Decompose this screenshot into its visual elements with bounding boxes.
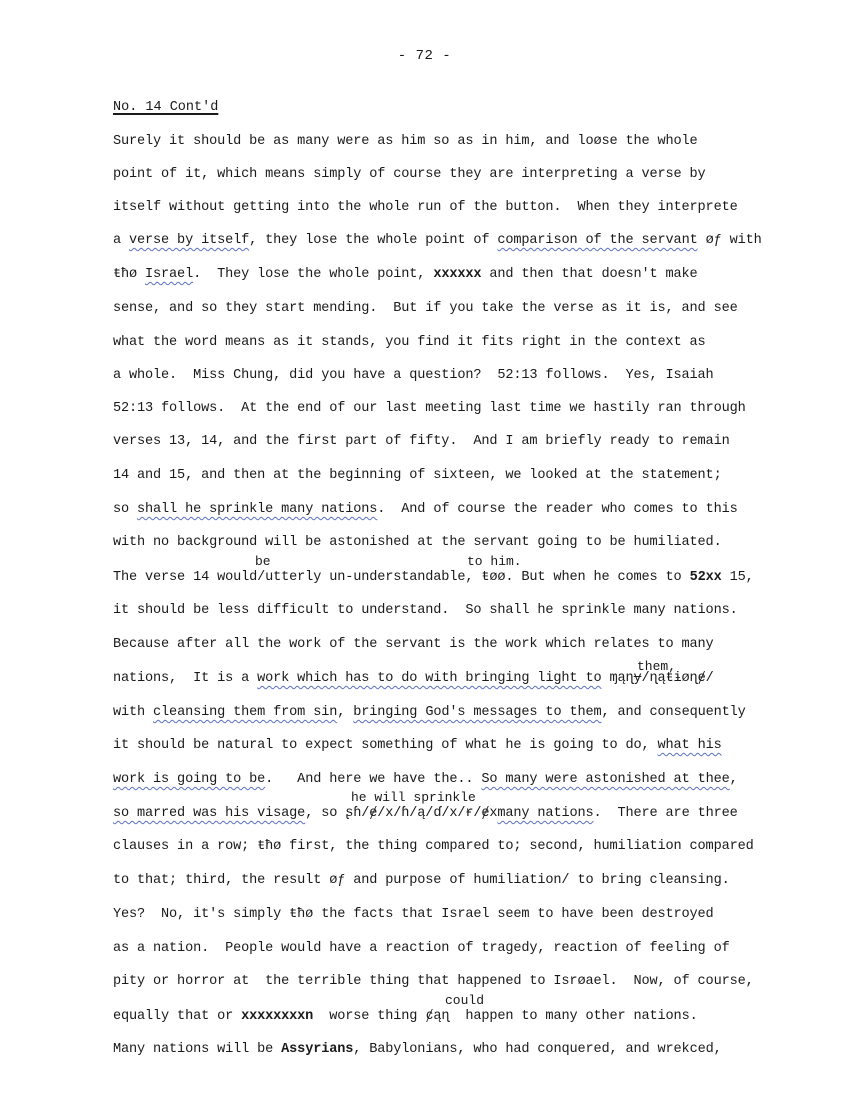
text-line: a verse by itself, they lose the whole p… xyxy=(113,232,762,250)
interlinear-insertion: could xyxy=(445,994,484,1008)
text-segment: so xyxy=(113,502,137,517)
text-segment: it should be natural to expect something… xyxy=(113,738,658,753)
text-segment: equally that or xyxy=(113,1009,241,1024)
text-segment: a xyxy=(113,233,129,248)
text-segment: , xyxy=(337,705,353,720)
text-segment: and then that doesn't make xyxy=(481,267,697,282)
text-segment: . They lose the whole point, xyxy=(193,267,433,282)
text-line: it should be less difficult to understan… xyxy=(113,602,738,620)
underlined-phrase: So many were astonished at thee xyxy=(481,772,729,787)
interlinear-insertion: to him. xyxy=(467,555,522,569)
text-line: Surely it should be as many were as him … xyxy=(113,133,698,151)
text-segment: , they lose the whole point of xyxy=(249,233,497,248)
text-line: with cleansing them from sin, bringing G… xyxy=(113,704,746,722)
text-segment: Many nations will be xyxy=(113,1042,281,1057)
underlined-phrase: comparison of the servant xyxy=(497,233,697,248)
interlinear-insertion: be xyxy=(255,555,271,569)
text-segment: happen to many other nations. xyxy=(449,1009,697,1024)
text-line: pity or horror at the terrible thing tha… xyxy=(113,973,754,991)
text-segment: , and consequently xyxy=(602,705,746,720)
text-line: clauses in a row; ŧħø first, the thing c… xyxy=(113,838,754,856)
text-segment: ŧħø xyxy=(113,267,145,282)
text-line: 14 and 15, and then at the beginning of … xyxy=(113,467,722,485)
underlined-phrase: what his xyxy=(658,738,722,753)
text-segment: , so xyxy=(305,806,345,821)
underlined-phrase: verse by itself xyxy=(129,233,249,248)
text-line: to that; third, the result øƒ and purpos… xyxy=(113,872,730,890)
text-line: ŧħø Israel. They lose the whole point, x… xyxy=(113,266,698,284)
text-line: what the word means as it stands, you fi… xyxy=(113,334,706,352)
text-segment: . And here we have the.. xyxy=(265,772,481,787)
interlinear-insertion: them, xyxy=(637,660,676,674)
text-segment: . And of course the reader who comes to … xyxy=(377,502,737,517)
text-line: with no background will be astonished at… xyxy=(113,534,722,552)
text-line: it should be natural to expect something… xyxy=(113,737,722,755)
interlinear-insertion: he will sprinkle xyxy=(351,791,476,805)
text-line: a whole. Miss Chung, did you have a ques… xyxy=(113,367,714,385)
underlined-phrase: many nations xyxy=(497,806,593,821)
text-line: as a nation. People would have a reactio… xyxy=(113,940,730,958)
text-segment: , Babylonians, who had conquered, and wr… xyxy=(353,1042,721,1057)
text-line: so marred was his visage, so ʂɦ/ɇ/x/ɦ/ą/… xyxy=(113,805,738,823)
text-line: verses 13, 14, and the first part of fif… xyxy=(113,433,730,451)
text-line: Because after all the work of the servan… xyxy=(113,636,714,654)
text-segment: . But when he comes to xyxy=(505,570,689,585)
text-segment: ŧøø xyxy=(481,570,505,585)
text-line: point of it, which means simply of cours… xyxy=(113,166,706,184)
underlined-phrase: cleansing them from sin xyxy=(153,705,337,720)
text-segment: xxxxxxxxn xyxy=(241,1009,313,1024)
page-number: - 72 - xyxy=(0,48,849,64)
text-segment: nations, It is a xyxy=(113,671,257,686)
text-segment: The verse 14 would/utterly un-understand… xyxy=(113,570,481,585)
text-segment: with xyxy=(113,705,153,720)
text-line: Many nations will be Assyrians, Babyloni… xyxy=(113,1041,722,1059)
text-segment: xxxxxx xyxy=(433,267,481,282)
underlined-phrase: work is going to be xyxy=(113,772,265,787)
underlined-phrase: bringing God's messages to them xyxy=(353,705,601,720)
text-line: The verse 14 would/utterly un-understand… xyxy=(113,569,754,587)
text-line: nations, It is a work which has to do wi… xyxy=(113,670,714,688)
text-segment: Assyrians xyxy=(281,1042,353,1057)
underlined-phrase: so marred was his visage xyxy=(113,806,305,821)
text-segment: øƒ with xyxy=(698,233,762,248)
text-segment: 15, xyxy=(722,570,754,585)
text-line: work is going to be. And here we have th… xyxy=(113,771,738,789)
underlined-phrase: work which has to do with bringing light… xyxy=(257,671,601,686)
text-line: itself without getting into the whole ru… xyxy=(113,199,738,217)
text-segment: ʂɦ/ɇ/x/ɦ/ą/ɗ/x/ɍ/ɇx xyxy=(345,806,497,821)
text-line: 52:13 follows. At the end of our last me… xyxy=(113,400,746,418)
text-segment: worse thing xyxy=(313,1009,425,1024)
text-segment: 52xx xyxy=(690,570,722,585)
section-title: No. 14 Cont'd xyxy=(113,100,218,115)
underlined-phrase: Israel xyxy=(145,267,193,282)
text-line: so shall he sprinkle many nations. And o… xyxy=(113,501,738,519)
text-segment: ȼąɳ xyxy=(425,1009,449,1024)
text-line: equally that or xxxxxxxxn worse thing ȼą… xyxy=(113,1008,698,1026)
text-segment: . There are three xyxy=(593,806,737,821)
underlined-phrase: shall he sprinkle many nations xyxy=(137,502,377,517)
text-segment: , xyxy=(730,772,738,787)
text-line: Yes? No, it's simply ŧħø the facts that … xyxy=(113,906,714,924)
text-line: sense, and so they start mending. But if… xyxy=(113,300,738,318)
